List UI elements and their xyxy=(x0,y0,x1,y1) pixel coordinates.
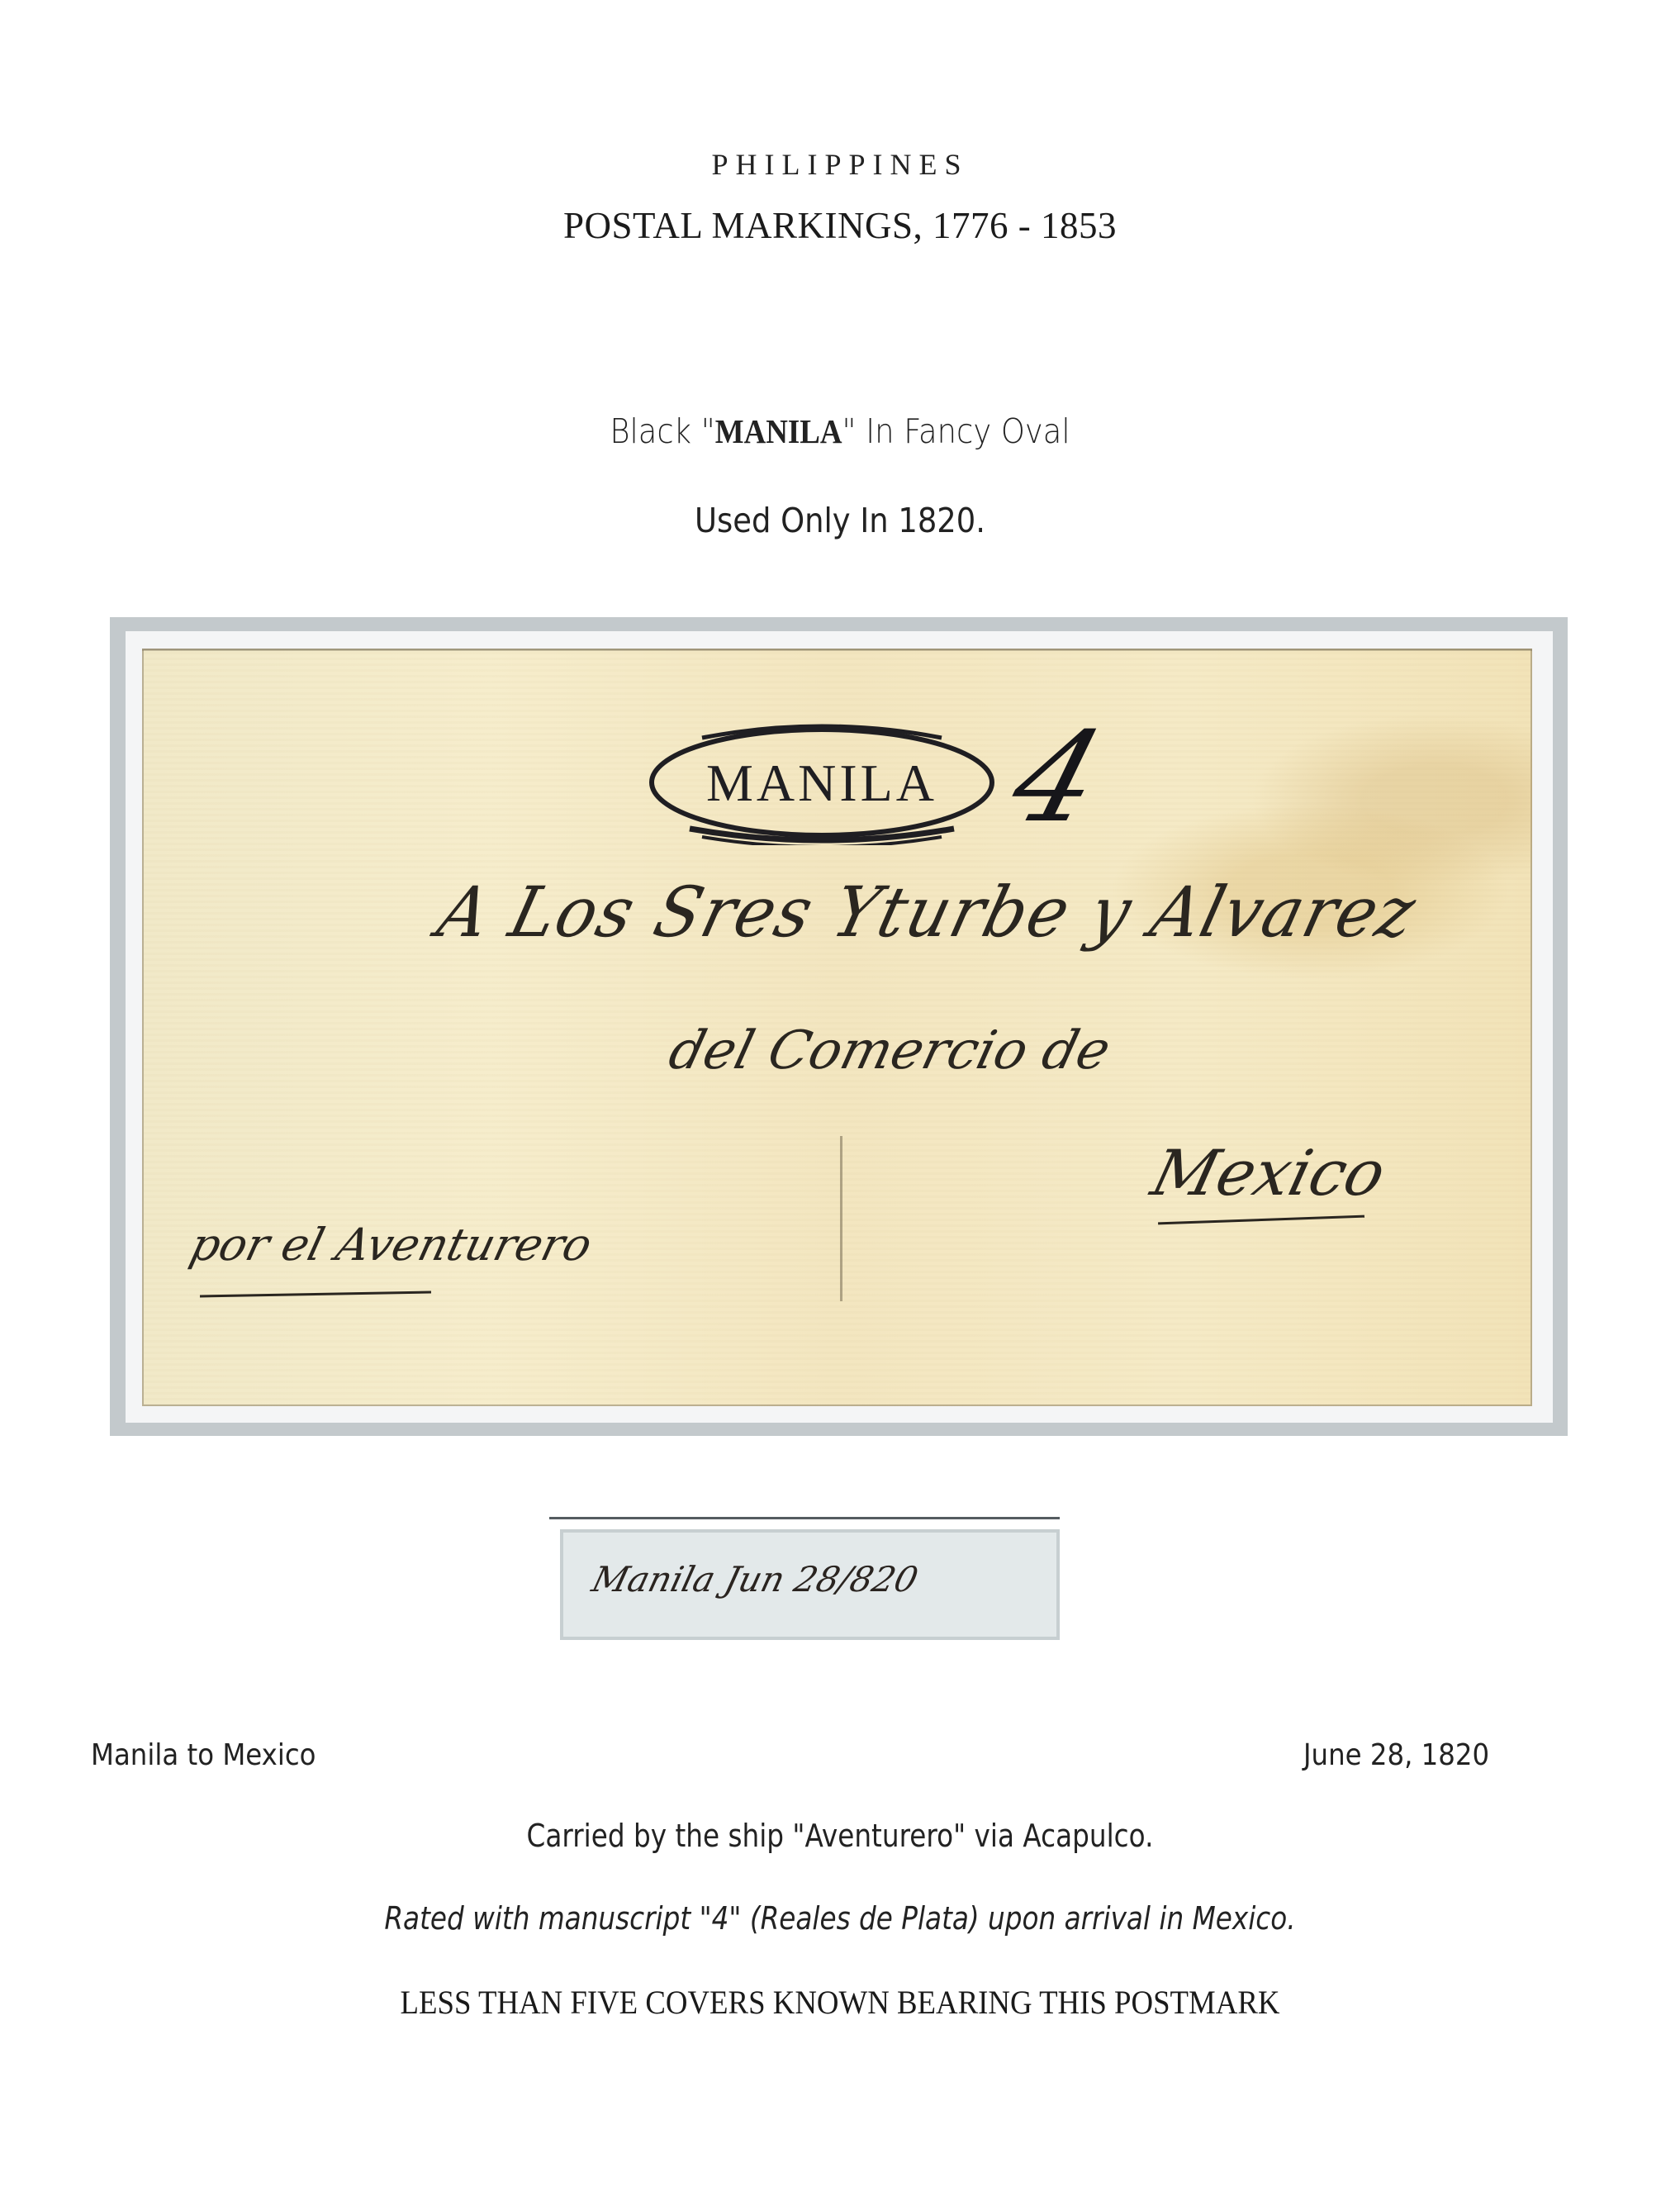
address-line-1: A Los Sres Yturbe y Alvarez xyxy=(430,872,1425,953)
postal-cover-image: MANILA 4 A Los Sres Yturbe y Alvarez del… xyxy=(142,649,1532,1406)
docket-rule-line xyxy=(549,1517,1060,1519)
cover-mount-frame: MANILA 4 A Los Sres Yturbe y Alvarez del… xyxy=(110,617,1568,1436)
fold-crease xyxy=(840,1136,842,1301)
postmark-text-wrap: MANILA xyxy=(644,720,999,845)
docket-manuscript: Manila Jun 28/820 xyxy=(588,1559,923,1599)
caption-suffix: " In Fancy Oval xyxy=(842,411,1070,451)
date-label: June 28, 1820 xyxy=(1303,1738,1489,1772)
carried-by-note: Carried by the ship "Aventurero" via Aca… xyxy=(117,1818,1562,1854)
postmark-text: MANILA xyxy=(644,753,999,814)
address-destination: Mexico xyxy=(1145,1136,1393,1210)
docket-panel: Manila Jun 28/820 xyxy=(560,1529,1060,1640)
cover-top-edge xyxy=(142,649,1532,651)
caption-bold-name: MANILA xyxy=(715,412,842,450)
route-label: Manila to Mexico xyxy=(91,1738,316,1772)
destination-underline xyxy=(1158,1215,1364,1225)
caption-prefix: Black " xyxy=(610,411,714,451)
endorsement-underline xyxy=(200,1291,431,1298)
exhibit-country-title: PHILIPPINES xyxy=(0,147,1680,182)
ship-endorsement: por el Aventurero xyxy=(185,1219,597,1271)
address-line-2: del Comercio de xyxy=(663,1020,1117,1081)
rarity-statement: LESS THAN FIVE COVERS KNOWN BEARING THIS… xyxy=(67,1983,1612,2022)
manuscript-rate: 4 xyxy=(997,706,1117,850)
exhibit-subtitle: POSTAL MARKINGS, 1776 - 1853 xyxy=(0,204,1680,247)
marking-usage-note: Used Only In 1820. xyxy=(84,501,1597,540)
cover-mount-inner: MANILA 4 A Los Sres Yturbe y Alvarez del… xyxy=(126,631,1553,1423)
rating-note: Rated with manuscript "4" (Reales de Pla… xyxy=(117,1900,1562,1937)
marking-caption: Black "MANILA" In Fancy Oval xyxy=(84,411,1597,451)
